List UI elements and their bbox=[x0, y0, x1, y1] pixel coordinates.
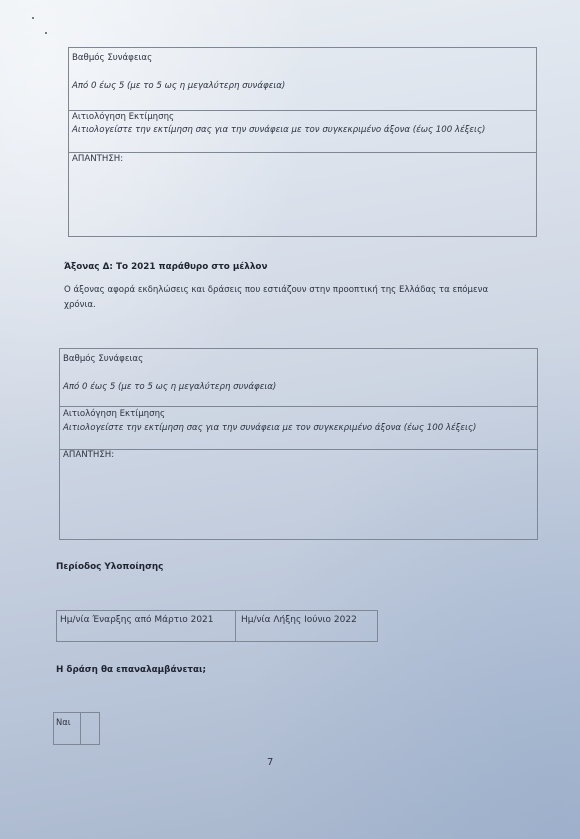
paper-speck bbox=[32, 17, 34, 19]
relevance-table-2: Βαθμός Συνάφειας Από 0 έως 5 (με το 5 ως… bbox=[59, 348, 538, 540]
relevance-scale: Από 0 έως 5 (με το 5 ως η μεγαλύτερη συν… bbox=[63, 382, 276, 392]
table-divider bbox=[60, 406, 537, 407]
start-date: Ημ/νία Έναρξης από Μάρτιο 2021 bbox=[60, 615, 214, 625]
paper-speck bbox=[45, 32, 47, 34]
axis-d-heading: Άξονας Δ: Το 2021 παράθυρο στο μέλλον bbox=[64, 262, 267, 272]
relevance-title: Βαθμός Συνάφειας bbox=[63, 354, 143, 364]
answer-label: ΑΠΑΝΤΗΣΗ: bbox=[63, 450, 114, 460]
answer-area[interactable] bbox=[60, 463, 537, 539]
yes-checkbox-cell[interactable] bbox=[80, 713, 99, 744]
scanned-document-page: Βαθμός Συνάφειας Από 0 έως 5 (με το 5 ως… bbox=[0, 0, 580, 839]
answer-label: ΑΠΑΝΤΗΣΗ: bbox=[72, 154, 123, 164]
justification-title: Αιτιολόγηση Εκτίμησης bbox=[72, 112, 174, 122]
table-divider bbox=[69, 152, 536, 153]
relevance-table-1: Βαθμός Συνάφειας Από 0 έως 5 (με το 5 ως… bbox=[68, 47, 537, 237]
justification-instruction: Αιτιολογείστε την εκτίμηση σας για την σ… bbox=[72, 125, 485, 135]
table-divider bbox=[60, 449, 537, 450]
repeat-question: Η δράση θα επαναλαμβάνεται; bbox=[56, 665, 206, 675]
table-divider bbox=[235, 611, 236, 641]
page-number: 7 bbox=[267, 757, 273, 768]
table-divider bbox=[69, 110, 536, 111]
justification-instruction: Αιτιολογείστε την εκτίμηση σας για την σ… bbox=[63, 423, 476, 433]
implementation-heading: Περίοδος Υλοποίησης bbox=[56, 562, 163, 572]
relevance-title: Βαθμός Συνάφειας bbox=[72, 53, 152, 63]
end-date: Ημ/νία Λήξης Ιούνιο 2022 bbox=[241, 615, 357, 625]
repeat-table: Ναι bbox=[53, 712, 100, 745]
axis-d-description: Ο άξονας αφορά εκδηλώσεις και δράσεις πο… bbox=[64, 283, 504, 313]
justification-title: Αιτιολόγηση Εκτίμησης bbox=[63, 409, 165, 419]
yes-label: Ναι bbox=[56, 717, 71, 727]
relevance-scale: Από 0 έως 5 (με το 5 ως η μεγαλύτερη συν… bbox=[72, 81, 285, 91]
answer-area[interactable] bbox=[69, 166, 536, 236]
implementation-table: Ημ/νία Έναρξης από Μάρτιο 2021 Ημ/νία Λή… bbox=[56, 610, 378, 642]
